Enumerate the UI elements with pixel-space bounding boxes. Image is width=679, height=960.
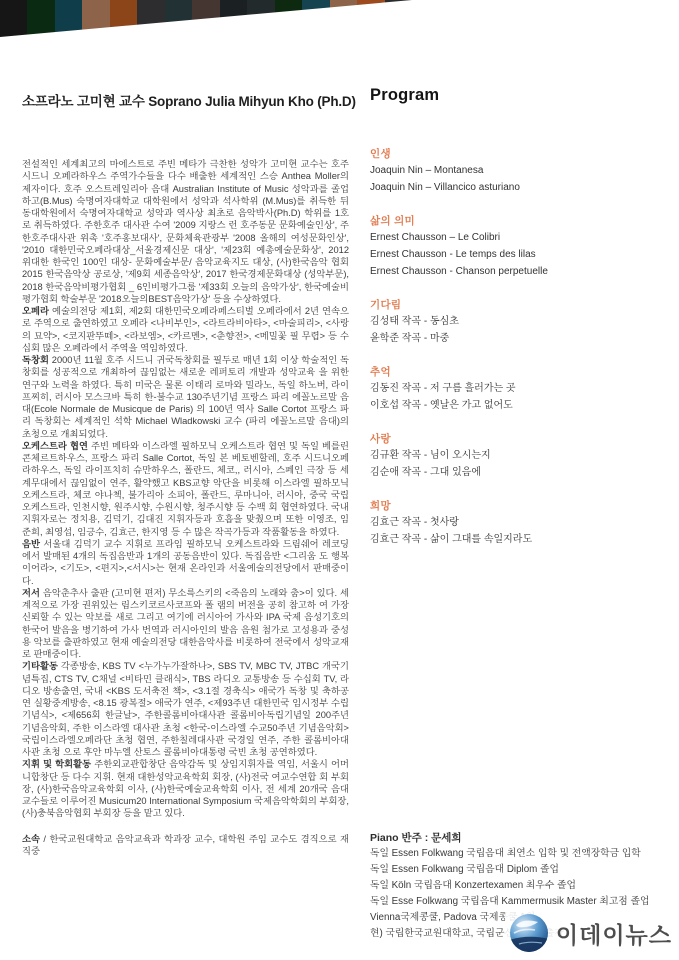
bio-paragraph: 전설적인 세계최고의 마에스트로 주빈 메타가 극찬한 성악가 고미현 교수는 … [22,158,349,305]
program-item: Joaquin Nin – Montanesa [370,162,670,179]
strip-color-block [302,0,329,37]
program-item: 김동진 작곡 - 저 구름 흘러가는 곳 [370,380,670,397]
strip-color-block [82,0,109,37]
bio-paragraph-affiliation: 소속 / 한국교원대학교 음악교육과 학과장 교수, 대학원 주임 교수도 겸직… [22,833,349,858]
strip-color-block [110,0,137,37]
strip-color-block [55,0,82,37]
program-section-life: 인생 Joaquin Nin – Montanesa Joaquin Nin –… [370,146,670,196]
program-item: 김효근 작곡 - 삶이 그대를 속일지라도 [370,531,670,548]
program-page: 소프라노 고미현 교수 Soprano Julia Mihyun Kho (Ph… [0,0,679,960]
strip-color-block [165,0,192,37]
section-title: 삶의 의미 [370,213,670,229]
strip-color-block [137,0,164,37]
strip-color-block [275,0,302,37]
program-section-love: 사랑 김규환 작곡 - 님이 오시는지 김순애 작곡 - 그대 있음에 [370,431,670,481]
pianist-heading: Piano 반주 : 문세희 [370,830,676,846]
pianist-credential: 독일 Essen Folkwang 국립음대 Diplom 졸업 [370,862,676,878]
pianist-credential: 독일 Köln 국립음대 Konzertexamen 최우수 졸업 [370,878,676,894]
bio-paragraph: 음반 서울대 김덕기 교수 지휘로 프라임 필하모닉 오케스트라와 드림쉐어 레… [22,538,349,587]
program-item: Ernest Chausson – Le Colibri [370,229,670,246]
program-item: 김순애 작곡 - 그대 있음에 [370,464,670,481]
section-title: 기다림 [370,297,670,313]
bio-paragraph: 기타활동 각종방송, KBS TV <누가누가잘하나>, SBS TV, MBC… [22,660,349,758]
program-section-memories: 추억 김동진 작곡 - 저 구름 흘러가는 곳 이호섭 작곡 - 옛날은 가고 … [370,364,670,414]
biography-text: 전설적인 세계최고의 마에스트로 주빈 메타가 극찬한 성악가 고미현 교수는 … [22,158,349,857]
program-item: Ernest Chausson - Le temps des lilas [370,246,670,263]
bio-paragraph: 지휘 및 학회활동 주한외교관합창단 음악감독 및 상임지휘자를 역임, 서울시… [22,758,349,819]
program-list: 인생 Joaquin Nin – Montanesa Joaquin Nin –… [370,146,670,565]
program-item: 김효근 작곡 - 첫사랑 [370,514,670,531]
news-logo-text: 이데이뉴스 [556,917,672,950]
section-title: 인생 [370,146,670,162]
strip-color-block [192,0,219,37]
program-item: 윤학준 작곡 - 마중 [370,330,670,347]
program-item: 김성태 작곡 - 동심초 [370,313,670,330]
program-section-waiting: 기다림 김성태 작곡 - 동심초 윤학준 작곡 - 마중 [370,297,670,347]
globe-icon [509,913,549,953]
program-item: Ernest Chausson - Chanson perpetuelle [370,263,670,280]
pianist-credential: 독일 Esse Folkwang 국립음대 Kammermusik Master… [370,894,676,910]
program-item: 김규환 작곡 - 님이 오시는지 [370,447,670,464]
header-color-strip [0,0,412,37]
strip-color-block [0,0,27,37]
program-item: Joaquin Nin – Villancico asturiano [370,179,670,196]
strip-color-block [247,0,274,37]
program-heading: Program [370,86,439,105]
strip-color-block [220,0,247,37]
strip-color-block [27,0,54,37]
section-title: 추억 [370,364,670,380]
strip-color-block [385,0,412,37]
strip-color-block [330,0,357,37]
bio-paragraph: 오케스트라 협연 주빈 메타와 이스라엘 필하모닉 오케스트라 협연 및 독일 … [22,440,349,538]
section-title: 사랑 [370,431,670,447]
bio-paragraph: 저서 음악춘추사 출판 (고미현 편저) 무소륵스키의 <죽음의 노래와 춤>이… [22,587,349,661]
strip-color-block [357,0,384,37]
section-title: 희망 [370,498,670,514]
bio-paragraph: 독창회 2000년 11월 호주 시드니 귀국독창회를 필두로 매년 1회 이상… [22,354,349,440]
pianist-credential: 독일 Essen Folkwang 국립음대 최연소 입학 및 전액장학금 입학 [370,846,676,862]
program-item: 이호섭 작곡 - 옛날은 가고 없어도 [370,397,670,414]
news-logo: 이데이뉴스 [505,911,676,955]
program-section-meaning-of-life: 삶의 의미 Ernest Chausson – Le Colibri Ernes… [370,213,670,280]
program-section-hope: 희망 김효근 작곡 - 첫사랑 김효근 작곡 - 삶이 그대를 속일지라도 [370,498,670,548]
page-title: 소프라노 고미현 교수 Soprano Julia Mihyun Kho (Ph… [22,90,362,110]
bio-paragraph: 오페라 예술의전당 제1회, 제2회 대한민국오페라페스티벌 오페라에서 2년 … [22,305,349,354]
